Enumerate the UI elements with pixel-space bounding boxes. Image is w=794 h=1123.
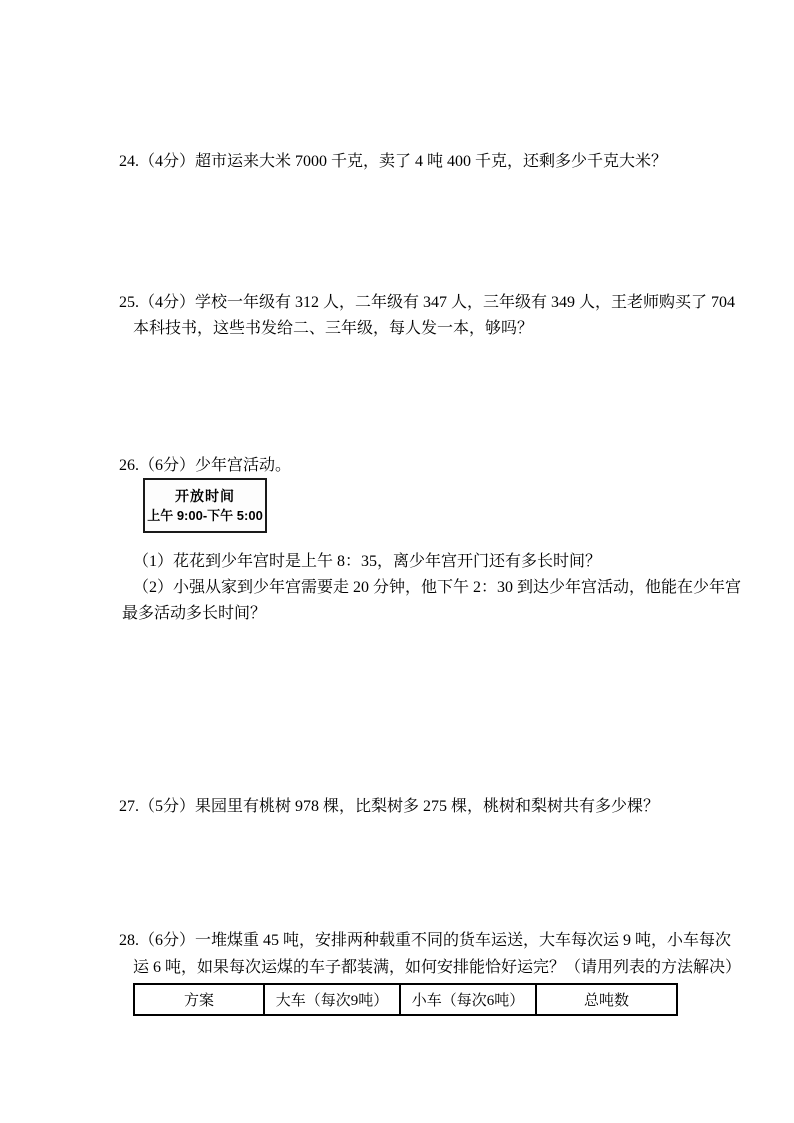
table-header-plan: 方案 <box>135 985 263 1014</box>
question-26-sub-2: （2）小强从家到少年宫需要走 20 分钟，他下午 2：30 到达少年宫活动，他能… <box>133 575 741 601</box>
question-24-text: 24.（4分）超市运来大米 7000 千克，卖了 4 吨 400 千克，还剩多少… <box>119 149 667 175</box>
question-27-text: 27.（5分）果园里有桃树 978 棵，比梨树多 275 棵，桃树和梨树共有多少… <box>119 794 659 820</box>
worksheet-page: 24.（4分）超市运来大米 7000 千克，卖了 4 吨 400 千克，还剩多少… <box>0 0 794 1123</box>
opening-hours-sign: 开放时间 上午 9:00-下午 5:00 <box>143 478 267 533</box>
table-header-small-truck: 小车（每次6吨） <box>399 985 535 1014</box>
question-26-sub-2-continued: 最多活动多长时间？ <box>122 601 741 627</box>
sign-hours: 上午 9:00-下午 5:00 <box>147 506 263 526</box>
question-28: 28.（6分）一堆煤重 45 吨，安排两种载重不同的货车运送，大车每次运 9 吨… <box>119 927 741 981</box>
question-25-line-2: 本科技书，这些书发给二、三年级，每人发一本，够吗？ <box>133 316 735 342</box>
table-header-total-tons: 总吨数 <box>535 985 676 1014</box>
question-25-line-1: 25.（4分）学校一年级有 312 人，二年级有 347 人，三年级有 349 … <box>119 290 735 316</box>
scheme-table: 方案 大车（每次9吨） 小车（每次6吨） 总吨数 <box>133 983 678 1016</box>
question-28-line-1: 28.（6分）一堆煤重 45 吨，安排两种载重不同的货车运送，大车每次运 9 吨… <box>119 927 741 954</box>
question-28-line-2: 运 6 吨，如果每次运煤的车子都装满，如何安排能恰好运完？（请用列表的方法解决） <box>133 954 741 981</box>
question-26-sub-questions: （1）花花到少年宫时是上午 8：35，离少年宫开门还有多长时间？ （2）小强从家… <box>122 549 741 627</box>
question-25: 25.（4分）学校一年级有 312 人，二年级有 347 人，三年级有 349 … <box>119 290 735 342</box>
question-26-heading: 26.（6分）少年宫活动。 <box>119 453 291 479</box>
question-26-sub-1: （1）花花到少年宫时是上午 8：35，离少年宫开门还有多长时间？ <box>133 549 741 575</box>
sign-title: 开放时间 <box>175 486 235 506</box>
table-header-big-truck: 大车（每次9吨） <box>263 985 399 1014</box>
